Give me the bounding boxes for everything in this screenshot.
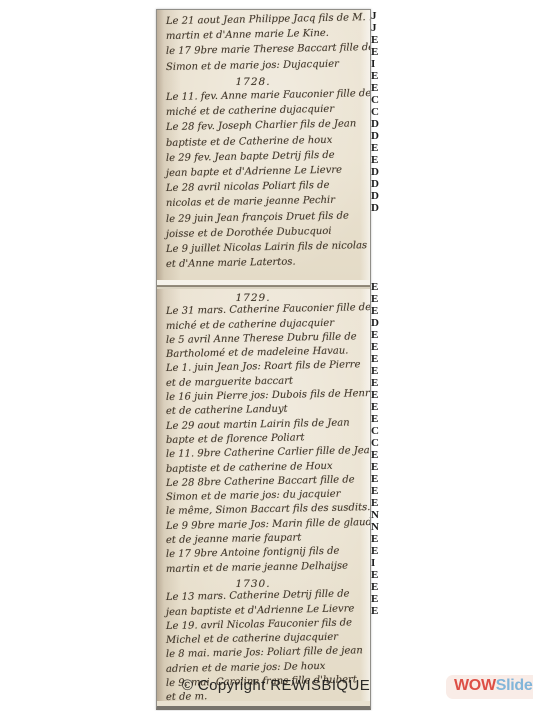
clipped-text-letter: E bbox=[371, 377, 379, 389]
clipped-text-letter: E bbox=[371, 82, 379, 94]
clipped-text-letter: E bbox=[371, 413, 379, 425]
clipped-text-letter: E bbox=[371, 365, 379, 377]
clipped-text-letter: E bbox=[371, 142, 379, 154]
handwritten-entries-1729-1730: 1729.Le 31 mars. Catherine Fauconier fil… bbox=[157, 289, 370, 701]
clipped-text-letter: E bbox=[371, 341, 379, 353]
clipped-text-letter: E bbox=[371, 305, 379, 317]
clipped-text-letter: E bbox=[371, 449, 379, 461]
clipped-text-letter: E bbox=[371, 70, 379, 82]
clipped-text-letter: C bbox=[371, 437, 379, 449]
slider-frame: Le 21 aout Jean Philippe Jacq fils de M.… bbox=[0, 0, 533, 711]
page-divider bbox=[157, 280, 370, 289]
clipped-text-letter: C bbox=[371, 94, 379, 106]
clipped-text-letter: E bbox=[371, 281, 379, 293]
clipped-text-letter: E bbox=[371, 46, 379, 58]
clipped-text-letter: D bbox=[371, 202, 379, 214]
clipped-text-letter: E bbox=[371, 293, 379, 305]
clipped-text-letter: D bbox=[371, 130, 379, 142]
wowslider-wow: WOW bbox=[454, 677, 496, 694]
clipped-text-letter: C bbox=[371, 425, 379, 437]
clipped-text-letter: E bbox=[371, 353, 379, 365]
clipped-text-letter: E bbox=[371, 581, 379, 593]
copyright-text: © Copyright REWISBIQUE bbox=[168, 677, 384, 694]
manuscript-line: martin et de marie jeanne Delhaijse bbox=[166, 559, 366, 577]
clipped-text-column-top: JJEEIEECCDDEEDDDD bbox=[371, 10, 379, 226]
clipped-text-letter: D bbox=[371, 118, 379, 130]
clipped-text-letter: E bbox=[371, 593, 379, 605]
clipped-text-letter: E bbox=[371, 389, 379, 401]
clipped-text-letter: D bbox=[371, 317, 379, 329]
clipped-text-letter: I bbox=[371, 557, 379, 569]
clipped-text-letter: E bbox=[371, 461, 379, 473]
clipped-text-letter: E bbox=[371, 329, 379, 341]
clipped-text-column-bottom: EEEDEEEEEEEECCEEEEENNEEIEEEE bbox=[371, 281, 379, 615]
clipped-text-letter: D bbox=[371, 190, 379, 202]
clipped-text-letter: J bbox=[371, 22, 379, 34]
clipped-text-letter: J bbox=[371, 10, 379, 22]
clipped-text-letter: I bbox=[371, 58, 379, 70]
handwritten-entries-1728: Le 21 aout Jean Philippe Jacq fils de M.… bbox=[157, 10, 370, 272]
clipped-text-letter: E bbox=[371, 473, 379, 485]
clipped-text-letter: E bbox=[371, 605, 379, 615]
manuscript-line: et d'Anne marie Latertos. bbox=[166, 253, 366, 272]
wowslider-watermark[interactable]: WOWSlider bbox=[446, 675, 533, 699]
clipped-text-letter: E bbox=[371, 569, 379, 581]
clipped-text-letter: E bbox=[371, 154, 379, 166]
wowslider-slider: Slider bbox=[496, 677, 533, 694]
scan-page-1729-1730: 1729.Le 31 mars. Catherine Fauconier fil… bbox=[157, 289, 370, 701]
clipped-text-letter: E bbox=[371, 545, 379, 557]
clipped-text-letter: E bbox=[371, 497, 379, 509]
clipped-text-letter: E bbox=[371, 34, 379, 46]
clipped-text-letter: E bbox=[371, 485, 379, 497]
clipped-text-letter: N bbox=[371, 521, 379, 533]
scan-page-1728: Le 21 aout Jean Philippe Jacq fils de M.… bbox=[157, 10, 370, 280]
manuscript-scan-photo: Le 21 aout Jean Philippe Jacq fils de M.… bbox=[156, 9, 371, 710]
clipped-text-letter: D bbox=[371, 178, 379, 190]
clipped-text-letter: E bbox=[371, 401, 379, 413]
clipped-text-letter: D bbox=[371, 166, 379, 178]
clipped-text-letter: N bbox=[371, 509, 379, 521]
clipped-text-letter: C bbox=[371, 106, 379, 118]
clipped-text-letter: E bbox=[371, 533, 379, 545]
manuscript-line: Simon et de marie jos: Dujacquier bbox=[166, 56, 366, 75]
